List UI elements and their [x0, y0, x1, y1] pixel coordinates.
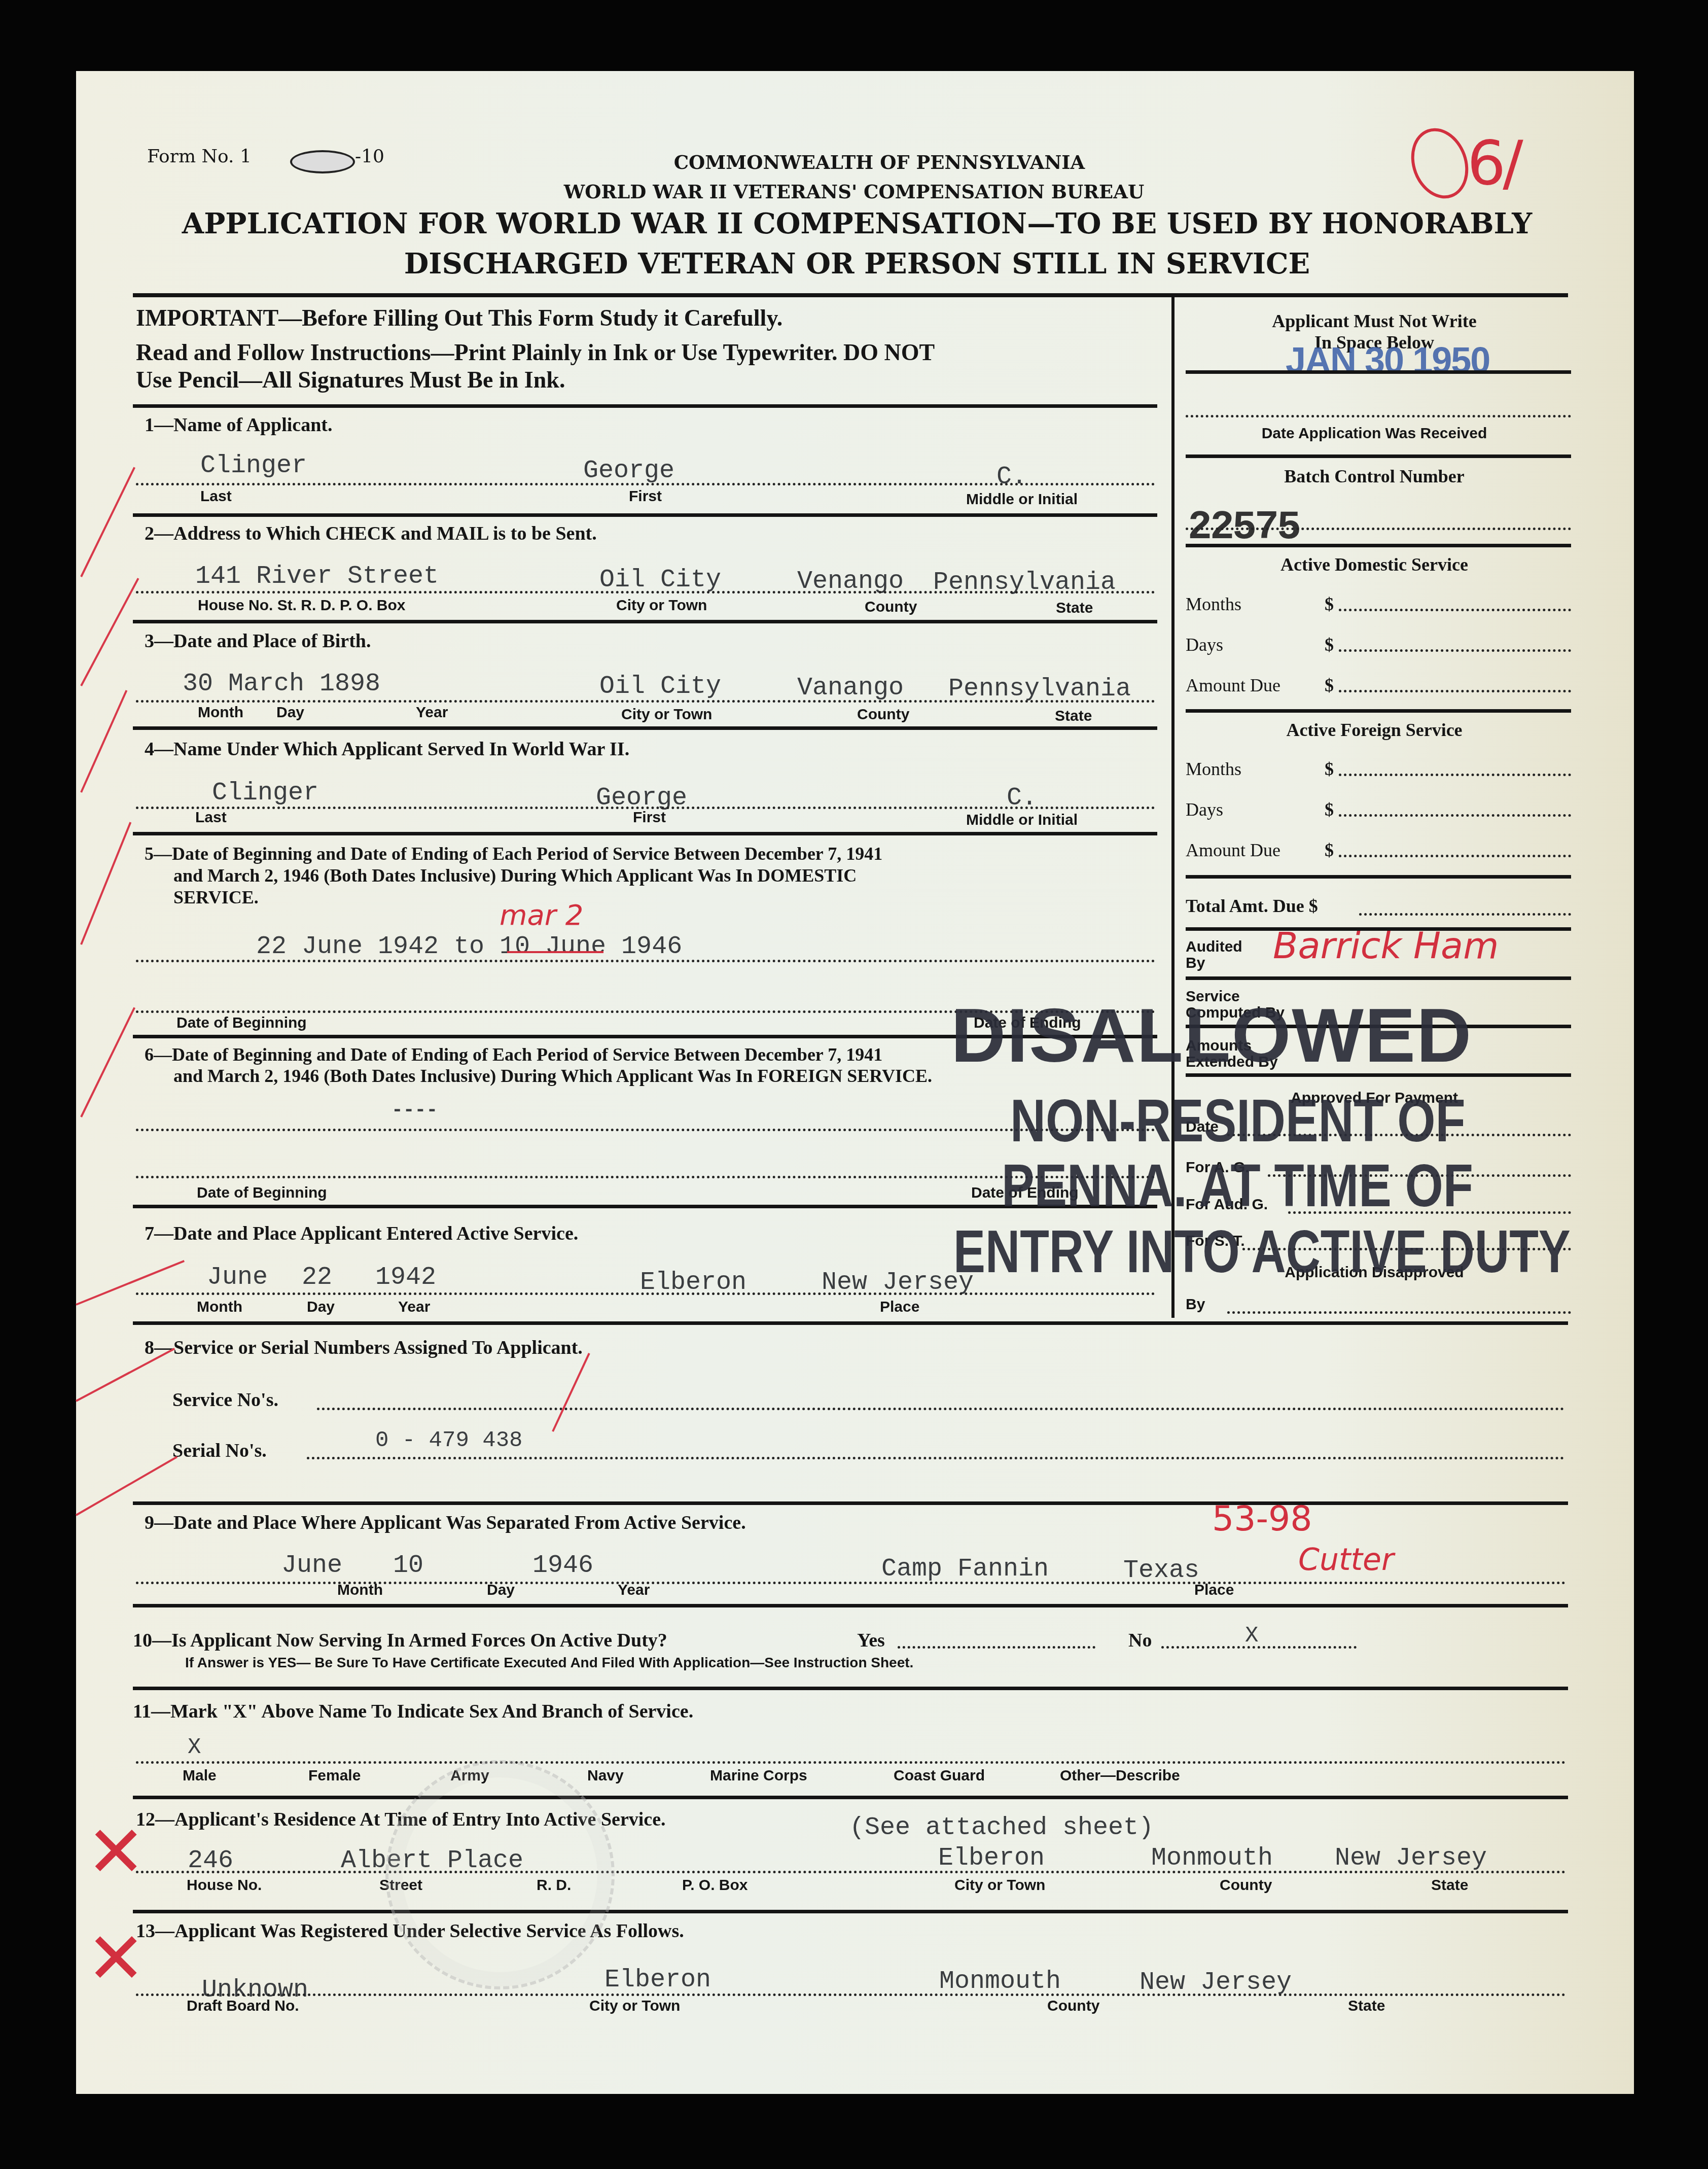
caption-county: County: [857, 706, 909, 723]
caption-county: County: [1220, 1877, 1272, 1894]
yes-field[interactable]: [898, 1646, 1095, 1649]
domestic-end-correction: mar 2: [500, 899, 583, 932]
birth-date: 30 March 1898: [183, 670, 380, 698]
no-label: No: [1128, 1629, 1152, 1652]
instructions-line-2: Read and Follow Instructions—Print Plain…: [136, 339, 935, 366]
disapproved-by-field: [1227, 1311, 1571, 1314]
applicant-last-name: Clinger: [200, 451, 307, 480]
yes-label: Yes: [857, 1629, 885, 1652]
separation-day: 10: [393, 1551, 423, 1580]
birth-city: Oil City: [599, 672, 721, 701]
disallowed-stamp-line-2: NON-RESIDENT OF: [1010, 1087, 1466, 1156]
entry-year: 1942: [375, 1263, 436, 1292]
currency-sign: $: [1325, 675, 1334, 696]
received-caption: Date Application Was Received: [1182, 425, 1567, 442]
domestic-service-period: 22 June 1942 to 10 June 1946: [256, 932, 682, 961]
mail-street: 141 River Street: [195, 562, 439, 591]
instructions-line-3: Use Pencil—All Signatures Must Be in Ink…: [136, 366, 565, 393]
audited-label-2: By: [1186, 955, 1205, 972]
total-due-field: [1359, 913, 1571, 916]
option-male[interactable]: Male: [183, 1767, 217, 1785]
caption-year: Year: [416, 704, 448, 721]
serial-numbers-label: Serial No's.: [172, 1440, 267, 1462]
section-6-label-1: 6—Date of Beginning and Date of Ending o…: [145, 1044, 882, 1065]
disapproved-by-label: By: [1186, 1296, 1205, 1313]
caption-middle: Middle or Initial: [966, 812, 1078, 829]
residence-county: Monmouth: [1151, 1844, 1273, 1873]
section-11-label: 11—Mark "X" Above Name To Indicate Sex A…: [133, 1700, 693, 1723]
caption-first: First: [629, 488, 662, 505]
auditor-signature: Barrick Ham: [1273, 924, 1499, 967]
instructions-line-1: IMPORTANT—Before Filling Out This Form S…: [136, 304, 782, 331]
no-mark: X: [1245, 1623, 1258, 1649]
caption-day: Day: [276, 704, 304, 721]
caption-last: Last: [195, 809, 227, 826]
draft-county: Monmouth: [939, 1967, 1061, 1996]
section-2-label: 2—Address to Which CHECK and MAIL is to …: [145, 522, 597, 545]
foreign-amount-field: [1339, 855, 1571, 857]
caption-month: Month: [337, 1582, 383, 1599]
separation-year: 1946: [532, 1551, 593, 1580]
disallowed-stamp-line-4: ENTRY INTO ACTIVE DUTY: [953, 1217, 1571, 1286]
foreign-heading: Active Foreign Service: [1182, 719, 1567, 741]
service-numbers-field: [317, 1408, 1564, 1410]
caption-date-beginning: Date of Beginning: [197, 1184, 327, 1202]
currency-sign: $: [1325, 758, 1334, 780]
caption-day: Day: [307, 1299, 335, 1316]
handwritten-file-number: 0616/: [1412, 124, 1520, 199]
service-numbers-label: Service No's.: [172, 1389, 278, 1411]
residence-city: Elberon: [938, 1844, 1045, 1873]
caption-city: City or Town: [621, 706, 712, 723]
total-due-label: Total Amt. Due $: [1186, 895, 1318, 917]
foreign-amount-label: Amount Due: [1186, 839, 1280, 861]
caption-city: City or Town: [954, 1877, 1045, 1894]
batch-label: Batch Control Number: [1182, 466, 1567, 487]
foreign-months-field: [1339, 774, 1571, 776]
handwritten-note-number: 53-98: [1212, 1499, 1312, 1539]
caption-middle: Middle or Initial: [966, 491, 1078, 508]
received-date-stamp: JAN 30 1950: [1286, 340, 1489, 381]
option-female[interactable]: Female: [308, 1767, 361, 1785]
section-1-label: 1—Name of Applicant.: [145, 414, 333, 436]
caption-po-box: P. O. Box: [682, 1877, 748, 1894]
domestic-days-label: Days: [1186, 634, 1223, 655]
caption-place: Place: [880, 1299, 919, 1316]
birth-county: Vanango: [797, 674, 904, 703]
caption-year: Year: [398, 1299, 430, 1316]
caption-month: Month: [197, 1299, 242, 1316]
section-9-label: 9—Date and Place Where Applicant Was Sep…: [145, 1512, 746, 1534]
title-line-1: APPLICATION FOR WORLD WAR II COMPENSATIO…: [167, 207, 1547, 240]
caption-county: County: [1047, 1998, 1099, 2015]
title-line-2: DISCHARGED VETERAN OR PERSON STILL IN SE…: [167, 247, 1547, 281]
caption-city: City or Town: [589, 1998, 680, 2015]
domestic-heading: Active Domestic Service: [1182, 554, 1567, 575]
separation-place: Camp Fannin: [881, 1555, 1049, 1584]
option-coast-guard[interactable]: Coast Guard: [894, 1767, 985, 1785]
caption-year: Year: [618, 1582, 650, 1599]
caption-date-beginning: Date of Beginning: [176, 1014, 307, 1032]
entry-day: 22: [302, 1263, 332, 1292]
option-other[interactable]: Other—Describe: [1060, 1767, 1180, 1785]
caption-first: First: [633, 809, 666, 826]
currency-sign: $: [1325, 799, 1334, 820]
caption-city: City or Town: [616, 597, 707, 614]
domestic-amount-field: [1339, 690, 1571, 692]
caption-state: State: [1056, 600, 1093, 617]
disallowed-stamp-line-3: PENNA. AT TIME OF: [1002, 1151, 1473, 1220]
section-10-note: If Answer is YES— Be Sure To Have Certif…: [185, 1655, 913, 1671]
currency-sign: $: [1325, 839, 1334, 861]
birth-state: Pennsylvania: [948, 675, 1131, 704]
foreign-service-period: ----: [392, 1100, 438, 1122]
disallowed-stamp-line-1: DISALLOWED: [951, 992, 1472, 1079]
strikethrough-mark: [507, 951, 603, 953]
caption-county: County: [865, 599, 917, 616]
red-x-mark: ✕: [86, 1917, 146, 2000]
draft-state: New Jersey: [1140, 1968, 1292, 1997]
mail-city: Oil City: [599, 566, 721, 594]
section-3-label: 3—Date and Place of Birth.: [145, 630, 371, 652]
section-5-label-1: 5—Date of Beginning and Date of Ending o…: [145, 843, 882, 864]
caption-state: State: [1348, 1998, 1385, 2015]
domestic-days-field: [1339, 649, 1571, 652]
caption-place: Place: [1194, 1582, 1234, 1599]
caption-house: House No.: [187, 1877, 262, 1894]
entry-month: June: [207, 1263, 268, 1292]
red-x-mark: ✕: [86, 1811, 146, 1894]
currency-sign: $: [1325, 593, 1334, 615]
caption-last: Last: [200, 488, 232, 505]
see-attached-note: (See attached sheet): [849, 1813, 1154, 1842]
embossed-seal-icon: [385, 1760, 615, 1989]
caption-state: State: [1431, 1877, 1468, 1894]
serial-number-value: 0 - 479 438: [375, 1428, 522, 1453]
section-5-label-3: SERVICE.: [173, 887, 259, 908]
caption-state: State: [1055, 708, 1092, 725]
section-4-label: 4—Name Under Which Applicant Served In W…: [145, 738, 629, 760]
caption-month: Month: [198, 704, 243, 721]
no-field[interactable]: [1161, 1646, 1357, 1649]
separation-month: June: [281, 1551, 342, 1580]
foreign-days-field: [1339, 814, 1571, 817]
domestic-months-label: Months: [1186, 593, 1241, 615]
handwritten-note-word: Cutter: [1298, 1542, 1394, 1578]
service-last-name: Clinger: [212, 779, 318, 808]
caption-house: House No. St. R. D. P. O. Box: [198, 597, 406, 614]
audited-label-1: Audited: [1186, 938, 1242, 956]
separation-state: Texas: [1123, 1556, 1199, 1585]
applicant-middle-initial: C.: [997, 463, 1027, 492]
currency-sign: $: [1325, 634, 1334, 655]
foreign-days-label: Days: [1186, 799, 1223, 820]
residence-state: New Jersey: [1335, 1844, 1487, 1873]
section-6-label-2: and March 2, 1946 (Both Dates Inclusive)…: [173, 1065, 932, 1087]
domestic-amount-label: Amount Due: [1186, 675, 1280, 696]
option-navy[interactable]: Navy: [587, 1767, 624, 1785]
serial-numbers-field: [307, 1457, 1564, 1459]
option-marine-corps[interactable]: Marine Corps: [710, 1767, 807, 1785]
male-mark: X: [188, 1735, 201, 1760]
section-10-label: 10—Is Applicant Now Serving In Armed For…: [133, 1629, 667, 1652]
draft-city: Elberon: [604, 1966, 711, 1995]
foreign-months-label: Months: [1186, 758, 1241, 780]
section-7-label: 7—Date and Place Applicant Entered Activ…: [145, 1222, 578, 1245]
section-5-label-2: and March 2, 1946 (Both Dates Inclusive)…: [173, 865, 857, 886]
domestic-months-field: [1339, 609, 1571, 611]
section-8-label: 8—Service or Serial Numbers Assigned To …: [145, 1337, 583, 1359]
office-heading-1: Applicant Must Not Write: [1182, 310, 1567, 332]
applicant-first-name: George: [583, 457, 674, 485]
caption-day: Day: [487, 1582, 515, 1599]
caption-draft-board: Draft Board No.: [187, 1998, 299, 2015]
